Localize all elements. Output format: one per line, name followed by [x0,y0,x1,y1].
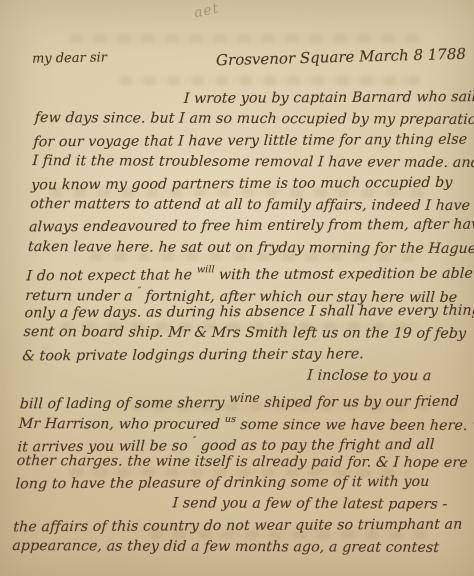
inserted-word: us [225,414,237,425]
letter-line: Mr Harrison, who procured us some since … [18,408,465,431]
letter-line: it arrives you will be so ″ good as to p… [17,429,464,453]
letter-line: I find it the most troublesome removal I… [32,151,474,174]
caret-mark: ″ [137,285,141,296]
letter-line: taken leave here. he sat out on fryday m… [27,237,474,260]
letter-body: I wrote you by captain Barnard who saile… [12,88,474,559]
dateline: Grosvenor Square March 8 1788 [216,45,466,70]
letter-line: & took private lodgings during their sta… [22,343,469,367]
letter-line: I wrote you by captain Barnard who saile… [183,87,474,110]
letter-line: the affairs of this country do not wear … [13,514,460,538]
salutation: my dear sir [32,50,107,66]
letter-line: I inclose to you a [307,366,468,388]
inserted-word: will [197,264,215,275]
letter-line: few days since. but I am so much occupie… [34,108,474,131]
caret-mark: ″ [192,436,196,447]
letter-line: you know my good partners time is too mu… [31,172,474,196]
letter-line: for our voyage that I have very little t… [33,129,474,153]
line-text: return under a [25,288,133,304]
letter-line: appearance, as they did a few months ago… [12,536,459,559]
letter-line: I do not expect that he will with the ut… [26,258,473,282]
letter-line: other matters to attend at all to family… [30,194,474,217]
letter-line: always endeavoured to free him entirely … [28,215,474,239]
bleed-through [70,34,420,43]
letter-line: only a few days. as during his absence I… [24,301,471,325]
letter-header: my dear sir Grosvenor Square March 8 178… [32,48,466,66]
letter-line: long to have the pleasure of drinking so… [15,472,462,496]
pencil-annotation: aet [193,1,221,22]
letter-line: return under a ″ fortnight, after which … [25,280,472,303]
letter-line: bill of lading of some sherry wine shipe… [20,386,467,410]
letter-page: aet my dear sir Grosvenor Square March 8… [0,0,474,576]
inserted-word: wine [229,390,260,405]
bleed-through [120,76,420,85]
letter-line: other charges. the wine itself is alread… [16,451,463,474]
letter-line: I send you a few of the latest papers - [172,494,461,517]
letter-line: sent on board ship. Mr & Mrs Smith left … [23,322,470,345]
